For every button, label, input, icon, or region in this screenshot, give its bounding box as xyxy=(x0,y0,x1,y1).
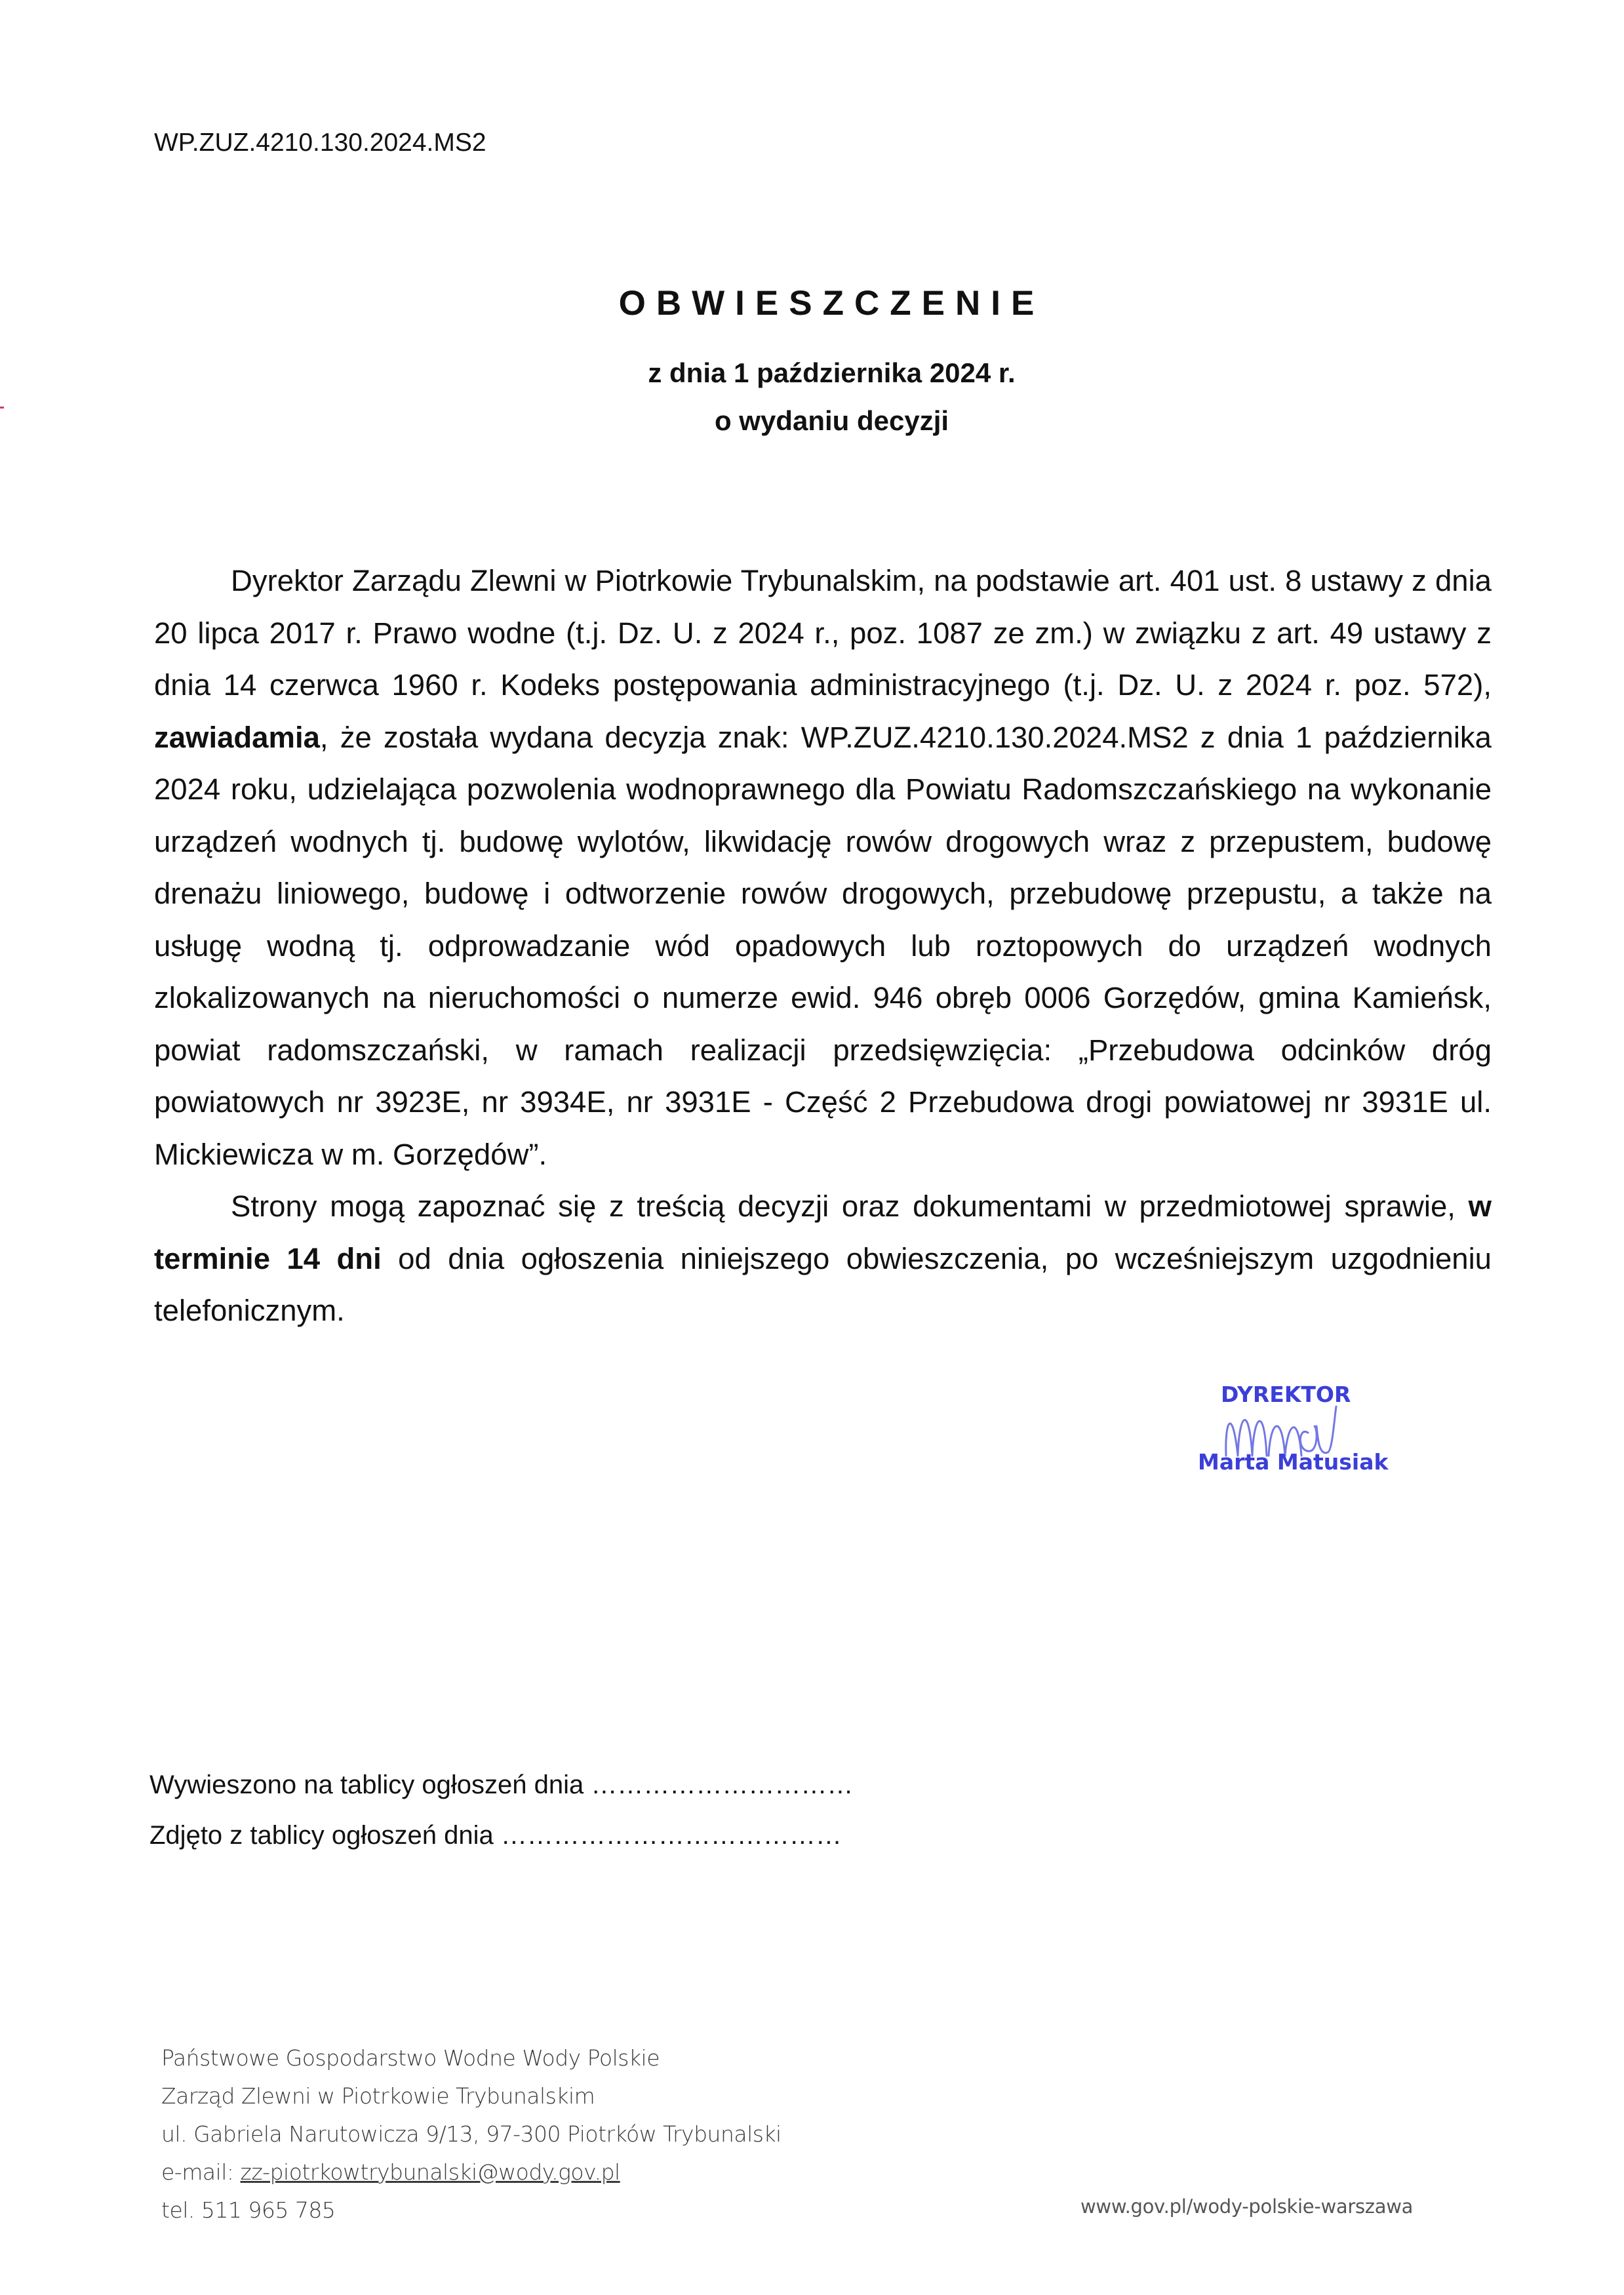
signature-stamp: DYREKTOR Marta Matusiak xyxy=(1193,1380,1403,1485)
footer-address: ul. Gabriela Narutowicza 9/13, 97-300 Pi… xyxy=(161,2115,782,2153)
posted-date-blank: ………………………… xyxy=(591,1770,853,1799)
removed-from-board-line: Zdjęto z tablicy ogłoszeń dnia ………………………… xyxy=(149,1821,842,1850)
posted-on-board-line: Wywieszono na tablicy ogłoszeń dnia …………… xyxy=(149,1770,853,1800)
document-body: Dyrektor Zarządu Zlewni w Piotrkowie Try… xyxy=(154,555,1492,1337)
reference-number: WP.ZUZ.4210.130.2024.MS2 xyxy=(154,129,486,157)
paragraph-text: Dyrektor Zarządu Zlewni w Piotrkowie Try… xyxy=(154,564,1492,702)
stamp-name: Marta Matusiak xyxy=(1198,1449,1388,1475)
document-subject: o wydaniu decyzji xyxy=(0,405,1624,437)
paragraph-text: , że została wydana decyzja znak: WP.ZUZ… xyxy=(154,721,1492,1171)
footer-email-row: e-mail: zz-piotrkowtrybunalski@wody.gov.… xyxy=(161,2153,782,2191)
paragraph-access-info: Strony mogą zapoznać się z treścią decyz… xyxy=(154,1180,1492,1337)
footer-phone: tel. 511 965 785 xyxy=(161,2191,782,2229)
removed-label: Zdjęto z tablicy ogłoszeń dnia xyxy=(149,1821,494,1850)
email-label: e-mail: xyxy=(161,2159,241,2185)
paragraph-text: Strony mogą zapoznać się z treścią decyz… xyxy=(231,1189,1469,1223)
document-date: z dnia 1 października 2024 r. xyxy=(0,357,1624,389)
footer-unit: Zarząd Zlewni w Piotrkowie Trybunalskim xyxy=(161,2077,782,2115)
paragraph-announcement: Dyrektor Zarządu Zlewni w Piotrkowie Try… xyxy=(154,555,1492,1180)
bold-keyword: zawiadamia xyxy=(154,721,320,754)
document-title: OBWIESZCZENIE xyxy=(0,283,1624,323)
footer-org: Państwowe Gospodarstwo Wodne Wody Polski… xyxy=(161,2039,782,2077)
website-link[interactable]: www.gov.pl/wody-polskie-warszawa xyxy=(1080,2195,1413,2218)
posted-label: Wywieszono na tablicy ogłoszeń dnia xyxy=(149,1770,584,1799)
removed-date-blank: ………………………………… xyxy=(501,1821,842,1850)
footer-contact: Państwowe Gospodarstwo Wodne Wody Polski… xyxy=(161,2039,782,2229)
email-link[interactable]: zz-piotrkowtrybunalski@wody.gov.pl xyxy=(241,2159,620,2185)
